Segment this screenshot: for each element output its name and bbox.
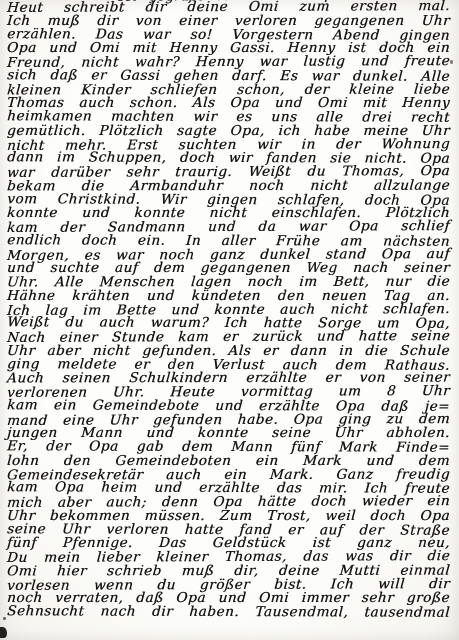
ink-speck [3, 617, 6, 620]
letter-page: Heut schreibt dir deine Omi zum ersten m… [0, 0, 459, 640]
letter-body: Heut schreibt dir deine Omi zum ersten m… [7, 1, 450, 620]
ink-blot [0, 627, 7, 638]
ink-speck [450, 60, 453, 64]
letter-line: Sehnsucht nach dir haben. Tausendmal, ta… [7, 605, 451, 620]
